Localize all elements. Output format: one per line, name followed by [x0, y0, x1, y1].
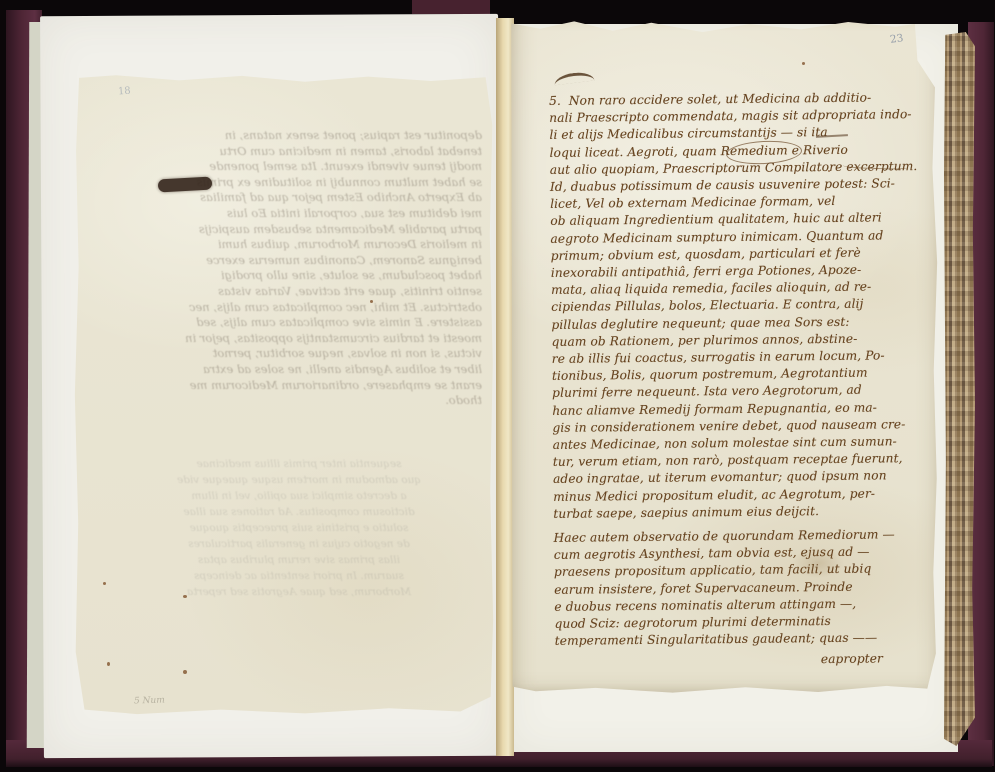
- foxing-spot: [103, 582, 106, 585]
- faint-showthrough-line: sequentia inter primis illius medicinae: [144, 456, 454, 472]
- bleedthrough-line: thodo.: [84, 393, 482, 409]
- left-manuscript-leaf: 18 deponitur est rapius; ponet senex nat…: [74, 74, 494, 716]
- faint-showthrough-line: solutio e pristinis suis praeceptis quoq…: [144, 520, 454, 536]
- manuscript-line: turbat saepe, saepius animum eius deijci…: [553, 502, 915, 523]
- faint-showthrough-line: Morborum, sed quae Aegrotis sed reperta: [144, 584, 454, 600]
- bleedthrough-line: mei debitum est sua, corporali initia Eo…: [84, 206, 482, 222]
- bleedthrough-line: se habet multum connubij in solitudine e…: [84, 175, 482, 191]
- bleedthrough-line: habet poscludum, se solute, sine ullo pr…: [84, 268, 482, 284]
- foxing-spot: [183, 670, 187, 674]
- foxing-spot: [107, 662, 110, 666]
- faint-showthrough-line: suarum. In priori sententia ac deinceps: [144, 568, 454, 584]
- bleedthrough-line: erant se emphasere, ordinariorum Medicor…: [84, 378, 482, 394]
- foxing-spot: [370, 300, 373, 303]
- bleedthrough-line: liber et solibus Agendis anelli, ne sole…: [84, 362, 482, 378]
- faint-showthrough-line: illas primas sive rerum pluribus aptas: [144, 552, 454, 568]
- bleedthrough-line: partu parabile Medicamenta sebusdem ausp…: [84, 222, 482, 238]
- page-block-fore-edge: [944, 32, 975, 746]
- faint-showthrough-block: sequentia inter primis illius medicinaeq…: [144, 456, 454, 600]
- faint-showthrough-line: a decreto simplici sua opilio, vel in il…: [144, 488, 454, 504]
- bleedthrough-line: modij tenue vivendi exeunt. Ita semel po…: [84, 159, 482, 175]
- bleedthrough-line: deponitur est rapius; ponet senex natans…: [84, 128, 482, 144]
- right-manuscript-leaf: 23 5. Non raro accidere solet, ut Medici…: [510, 20, 938, 694]
- bleedthrough-line: moesti et tardius circumstantijs opposit…: [84, 331, 482, 347]
- bleedthrough-line: victus, si non in solvas, neque sorbitur…: [84, 346, 482, 362]
- foxing-spot: [802, 62, 805, 65]
- manuscript-photo: 18 deponitur est rapius; ponet senex nat…: [0, 0, 995, 772]
- bleedthrough-line: in melioris Decorum Morborum, quibus hum…: [84, 237, 482, 253]
- foxing-spot: [183, 595, 187, 598]
- bleedthrough-line: tenebat laboris, tamen in medicina cum O…: [84, 144, 482, 160]
- bleedthrough-line: sentio trinitis, quae erit activae, Vari…: [84, 284, 482, 300]
- faint-showthrough-line: dictiosum compositus. Ad rationes sua il…: [144, 504, 454, 520]
- bleedthrough-line: ab Experto Anchibo Estem pejor qua ad fa…: [84, 190, 482, 206]
- bleedthrough-line: benignus Sanorem, Canonibus numerus exer…: [84, 253, 482, 269]
- faint-showthrough-line: de negotio cujus in generalis particular…: [144, 536, 454, 552]
- faint-showthrough-line: quo admodum in mortem usque quaeque vide: [144, 472, 454, 488]
- foxing-spot: [828, 170, 830, 172]
- bleedthrough-line: assistere. E nimis sive complicatas cum …: [84, 315, 482, 331]
- folio-number-right: 23: [889, 32, 904, 46]
- bleedthrough-text-block: deponitur est rapius; ponet senex natans…: [84, 128, 482, 409]
- ink-flourish-bar: [554, 71, 595, 86]
- manuscript-text-block: 5. Non raro accidere solet, ut Medicina …: [549, 89, 917, 670]
- paragraph-2: Haec autem observatio de quorundam Remed…: [554, 526, 917, 650]
- book-cover-top-edge: [412, 0, 490, 14]
- corner-note: 5 Num: [134, 695, 165, 706]
- paper-stain: [792, 548, 844, 578]
- gutter-fold: [496, 18, 514, 756]
- bleedthrough-line: obstrictus. Et mihi, nec complicatas cum…: [84, 300, 482, 316]
- catchword: eapropter: [555, 650, 917, 671]
- folio-number-left: 18: [118, 86, 131, 98]
- manuscript-line: temperamenti Singularitatibus gaudeant; …: [555, 629, 917, 650]
